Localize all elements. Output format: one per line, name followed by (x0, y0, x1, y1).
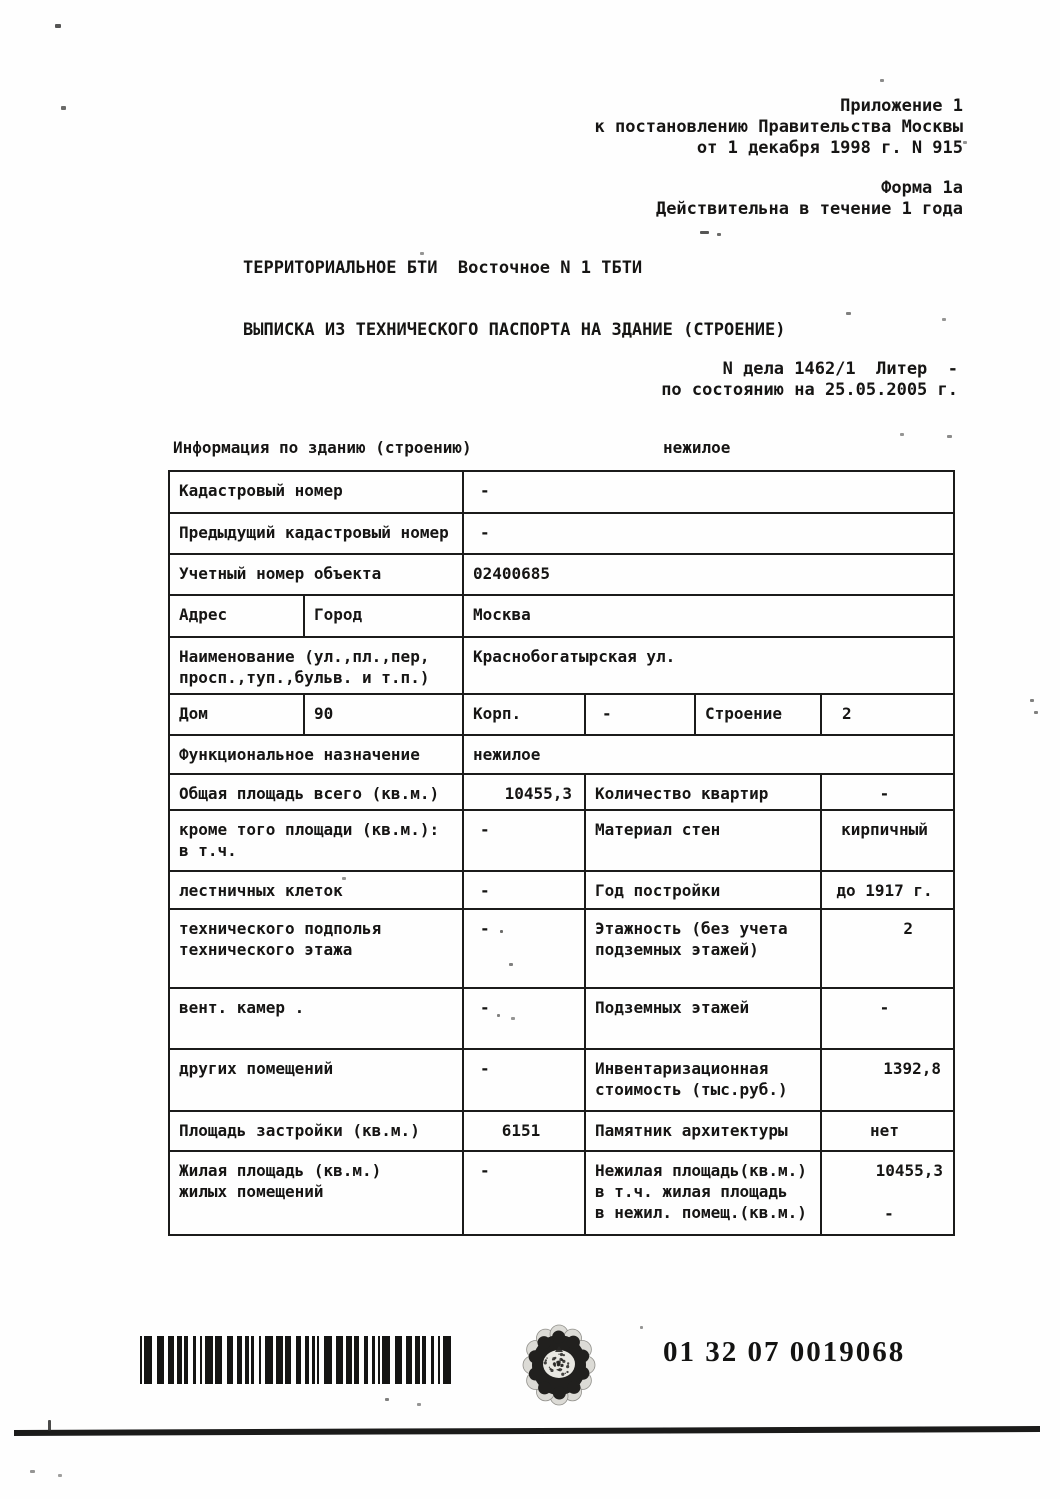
cell-label: лестничных клеток (170, 872, 464, 908)
barcode-bar (364, 1336, 368, 1384)
barcode-bar (285, 1336, 291, 1384)
appendix-line-2: к постановлению Правительства Москвы (595, 117, 963, 138)
barcode-bar (265, 1336, 273, 1384)
cell-value: - (464, 472, 953, 512)
cell-label-apartments: Количество квартир (586, 775, 822, 809)
barcode-bar (200, 1336, 202, 1384)
table-row-living-area: Жилая площадь (кв.м.) жилых помещений - … (170, 1152, 953, 1234)
cell-label-underground: Подземных этажей (586, 989, 822, 1048)
cell-label: Наименование (ул.,пл.,пер, просп.,туп.,б… (170, 638, 464, 693)
cell-value: - (464, 1152, 586, 1234)
cell-label: Общая площадь всего (кв.м.) (170, 775, 464, 809)
scan-speck (509, 963, 513, 966)
barcode-bar (205, 1336, 213, 1384)
cell-label: Предыдущий кадастровый номер (170, 514, 464, 553)
barcode-bar (312, 1336, 315, 1384)
scan-speck (900, 433, 904, 436)
barcode-bar (406, 1336, 412, 1384)
scan-speck (963, 141, 967, 144)
scan-speck (500, 930, 503, 933)
table-row-address: Адрес Город Москва (170, 596, 953, 638)
cell-label-inventory: Инвентаризационная стоимость (тыс.руб.) (586, 1050, 822, 1110)
form-block: Форма 1а Действительна в течение 1 года (656, 178, 963, 220)
cell-label: других помещений (170, 1050, 464, 1110)
scan-speck (880, 79, 884, 82)
building-info-label: Информация по зданию (строению) (173, 438, 472, 457)
cell-value: Краснобогатырская ул. (464, 638, 953, 693)
scan-speck (342, 877, 346, 880)
scan-speck (55, 24, 61, 28)
cell-value: 02400685 (464, 555, 953, 594)
scan-speck (640, 1326, 643, 1329)
cell-apartments-value: - (822, 775, 953, 809)
cell-underground-value: - (822, 989, 953, 1048)
form-name: Форма 1а (656, 178, 963, 199)
scan-speck (942, 318, 946, 321)
scan-speck (420, 252, 424, 255)
document-title: ВЫПИСКА ИЗ ТЕХНИЧЕСКОГО ПАСПОРТА НА ЗДАН… (243, 320, 785, 340)
barcode-bar (140, 1336, 142, 1384)
scan-speck (385, 1398, 389, 1401)
cell-year-value: до 1917 г. (822, 872, 953, 908)
barcode-bar (354, 1336, 359, 1384)
scan-speck (58, 1474, 62, 1477)
scanned-document-page: Приложение 1 к постановлению Правительст… (0, 0, 1060, 1499)
case-block: N дела 1462/1 Литер - по состоянию на 25… (661, 359, 958, 401)
cell-value: 10455,3 (464, 775, 586, 809)
scan-speck (61, 106, 66, 110)
barcode-bar (245, 1336, 249, 1384)
table-row-account-number: Учетный номер объекта 02400685 (170, 555, 953, 596)
appendix-line-1: Приложение 1 (595, 96, 963, 117)
barcode-bar (443, 1336, 451, 1384)
cell-inventory-value: 1392,8 (822, 1050, 953, 1110)
barcode-bar (431, 1336, 434, 1384)
table-row-vent-chambers: вент. камер . - Подземных этажей - (170, 989, 953, 1050)
cell-floors-value: 2 (822, 910, 953, 987)
appendix-block: Приложение 1 к постановлению Правительст… (595, 96, 963, 159)
barcode-bar (168, 1336, 174, 1384)
cell-label: Учетный номер объекта (170, 555, 464, 594)
scan-speck (700, 231, 709, 234)
cell-label: Кадастровый номер (170, 472, 464, 512)
cell-label-walls: Материал стен (586, 811, 822, 870)
case-number-line: N дела 1462/1 Литер - (661, 359, 958, 380)
barcode-bar (184, 1336, 188, 1384)
cell-value: - (464, 872, 586, 908)
nonliving-living-value: - (831, 1203, 947, 1224)
cell-label-korp: Корп. (464, 695, 586, 734)
barcode-bar (336, 1336, 343, 1384)
scan-speck (717, 233, 721, 236)
barcode-bar (438, 1336, 440, 1384)
territorial-bti-title: ТЕРРИТОРИАЛЬНОЕ БТИ Восточное N 1 ТБТИ (243, 258, 642, 278)
cell-value: - (464, 514, 953, 553)
table-row-cadastral: Кадастровый номер - (170, 472, 953, 514)
building-status: нежилое (663, 438, 730, 457)
cell-value: - (464, 910, 586, 987)
cell-label: Площадь застройки (кв.м.) (170, 1112, 464, 1150)
scan-speck (846, 312, 851, 315)
building-passport-table: Кадастровый номер - Предыдущий кадастров… (168, 470, 955, 1236)
barcode-bar (415, 1336, 420, 1384)
table-row-functional: Функциональное назначение нежилое (170, 736, 953, 775)
certificate-number: 01 32 07 0019068 (663, 1336, 905, 1369)
barcode-bar (305, 1336, 309, 1384)
cell-value: - (464, 811, 586, 870)
barcode-bar (346, 1336, 352, 1384)
barcode-bar (227, 1336, 233, 1384)
cell-value: - (464, 989, 586, 1048)
barcode-bar (382, 1336, 390, 1384)
cell-korp-value: - (586, 695, 696, 734)
barcode-bar (193, 1336, 196, 1384)
cell-stroenie-value: 2 (822, 695, 953, 734)
barcode-bar (215, 1336, 222, 1384)
table-row-tech-basement: технического подполья технического этажа… (170, 910, 953, 989)
scan-speck (1030, 699, 1034, 702)
scan-speck (48, 1420, 51, 1431)
barcode-bar (296, 1336, 301, 1384)
scan-speck (947, 435, 952, 438)
cell-label-year: Год постройки (586, 872, 822, 908)
barcode-bar (422, 1336, 426, 1384)
cell-label-monument: Памятник архитектуры (586, 1112, 822, 1150)
cell-value: 6151 (464, 1112, 586, 1150)
table-row-staircases: лестничных клеток - Год постройки до 191… (170, 872, 953, 910)
appendix-line-3: от 1 декабря 1998 г. N 915 (595, 138, 963, 159)
barcode-bar (177, 1336, 182, 1384)
barcode-bar (324, 1336, 332, 1384)
cell-label: кроме того площади (кв.м.): в т.ч. (170, 811, 464, 870)
form-validity: Действительна в течение 1 года (656, 199, 963, 220)
scan-speck (497, 1014, 500, 1017)
cell-sublabel: Город (305, 596, 464, 636)
cell-label: Функциональное назначение (170, 736, 464, 773)
nonliving-area-value: 10455,3 (831, 1160, 947, 1181)
cell-label: Адрес (170, 596, 305, 636)
table-row-other-premises: других помещений - Инвентаризационная ст… (170, 1050, 953, 1112)
table-row-besides-areas: кроме того площади (кв.м.): в т.ч. - Мат… (170, 811, 953, 872)
cell-label-nonliving: Нежилая площадь(кв.м.) в т.ч. жилая площ… (586, 1152, 822, 1234)
barcode-bar (276, 1336, 283, 1384)
cell-label-floors: Этажность (без учета подземных этажей) (586, 910, 822, 987)
barcode-bar (144, 1336, 152, 1384)
scan-speck (511, 1017, 515, 1020)
table-row-house: Дом 90 Корп. - Строение 2 (170, 695, 953, 736)
barcode-bar (317, 1336, 319, 1384)
cell-nonliving-values: 10455,3 - (822, 1152, 953, 1234)
table-row-street: Наименование (ул.,пл.,пер, просп.,туп.,б… (170, 638, 953, 695)
barcode-bar (259, 1336, 261, 1384)
scan-edge-artifact (14, 1426, 1040, 1436)
table-row-total-area: Общая площадь всего (кв.м.) 10455,3 Коли… (170, 775, 953, 811)
table-row-prev-cadastral: Предыдущий кадастровый номер - (170, 514, 953, 555)
cell-label: технического подполья технического этажа (170, 910, 464, 987)
cell-label: Жилая площадь (кв.м.) жилых помещений (170, 1152, 464, 1234)
as-of-date-line: по состоянию на 25.05.2005 г. (661, 380, 958, 401)
scan-speck (30, 1470, 35, 1473)
cell-monument-value: нет (822, 1112, 953, 1150)
barcode-bar (237, 1336, 242, 1384)
barcode (140, 1336, 454, 1384)
cell-value: Москва (464, 596, 953, 636)
cell-label: вент. камер . (170, 989, 464, 1048)
barcode-bar (251, 1336, 254, 1384)
scan-speck (1034, 711, 1038, 714)
cell-value: - (464, 1050, 586, 1110)
cell-walls-value: кирпичный (822, 811, 953, 870)
barcode-bar (372, 1336, 375, 1384)
cell-house-number: 90 (305, 695, 464, 734)
scan-speck (417, 1403, 421, 1406)
cell-value: нежилое (464, 736, 953, 773)
barcode-bar (157, 1336, 164, 1384)
barcode-bar (378, 1336, 380, 1384)
cell-label-house: Дом (170, 695, 305, 734)
barcode-bar (395, 1336, 402, 1384)
round-seal-stamp (521, 1323, 597, 1407)
table-row-footprint: Площадь застройки (кв.м.) 6151 Памятник … (170, 1112, 953, 1152)
cell-label-stroenie: Строение (696, 695, 822, 734)
